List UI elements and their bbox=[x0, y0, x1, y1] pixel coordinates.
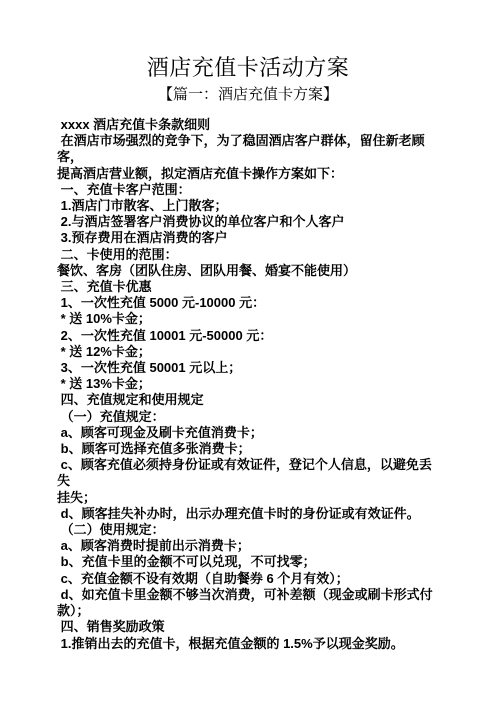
document-title: 酒店充值卡活动方案 bbox=[0, 0, 496, 82]
document-line: b、充值卡里的金额不可以兑现，不可找零； bbox=[57, 554, 442, 570]
document-line: 挂失； bbox=[57, 490, 442, 506]
document-line: 3.预存费用在酒店消费的客户 bbox=[57, 230, 442, 246]
document-page: 酒店充值卡活动方案 【篇一：酒店充值卡方案】 xxxx 酒店充值卡条款细则 在酒… bbox=[0, 0, 496, 702]
document-line: 3、一次性充值 50001 元以上； bbox=[57, 360, 442, 376]
document-line: a、顾客可现金及刷卡充值消费卡； bbox=[57, 425, 442, 441]
document-body: xxxx 酒店充值卡条款细则 在酒店市场强烈的竞争下，为了稳固酒店客户群体，留住… bbox=[57, 117, 442, 652]
document-line: 在酒店市场强烈的竞争下，为了稳固酒店客户群体，留住新老顾客， bbox=[57, 133, 442, 165]
document-line: 款）； bbox=[57, 603, 442, 619]
document-line: 提高酒店营业额，拟定酒店充值卡操作方案如下： bbox=[57, 166, 442, 182]
document-line: 1.推销出去的充值卡，根据充值金额的 1.5%予以现金奖励。 bbox=[57, 636, 442, 652]
document-line: c、顾客充值必须持身份证或有效证件，登记个人信息，以避免丢失 bbox=[57, 457, 442, 489]
document-line: 1.酒店门市散客、上门散客； bbox=[57, 198, 442, 214]
document-line: 四、充值规定和使用规定 bbox=[57, 392, 442, 408]
document-line: * 送 10%卡金； bbox=[57, 311, 442, 327]
document-line: 三、充值卡优惠 bbox=[57, 279, 442, 295]
document-line: xxxx 酒店充值卡条款细则 bbox=[57, 117, 442, 133]
document-line: 2.与酒店签署客户消费协议的单位客户和个人客户 bbox=[57, 214, 442, 230]
document-subtitle: 【篇一：酒店充值卡方案】 bbox=[0, 86, 496, 105]
document-line: d、顾客挂失补办时，出示办理充值卡时的身份证或有效证件。 bbox=[57, 506, 442, 522]
document-line: （二）使用规定： bbox=[57, 522, 442, 538]
document-line: a、顾客消费时提前出示消费卡； bbox=[57, 538, 442, 554]
document-line: b、顾客可选择充值多张消费卡； bbox=[57, 441, 442, 457]
document-line: 1、一次性充值 5000 元-10000 元： bbox=[57, 295, 442, 311]
document-line: 2、一次性充值 10001 元-50000 元： bbox=[57, 328, 442, 344]
document-line: 餐饮、客房（团队住房、团队用餐、婚宴不能使用） bbox=[57, 263, 442, 279]
document-line: c、充值金额不设有效期（自助餐券 6 个月有效）； bbox=[57, 571, 442, 587]
document-line: * 送 12%卡金； bbox=[57, 344, 442, 360]
document-line: * 送 13%卡金； bbox=[57, 376, 442, 392]
document-line: 二、卡使用的范围： bbox=[57, 247, 442, 263]
document-line: 一、充值卡客户范围： bbox=[57, 182, 442, 198]
document-line: （一）充值规定： bbox=[57, 409, 442, 425]
document-line: 四、销售奖励政策 bbox=[57, 619, 442, 635]
document-line: d、如充值卡里金额不够当次消费，可补差额（现金或刷卡形式付 bbox=[57, 587, 442, 603]
